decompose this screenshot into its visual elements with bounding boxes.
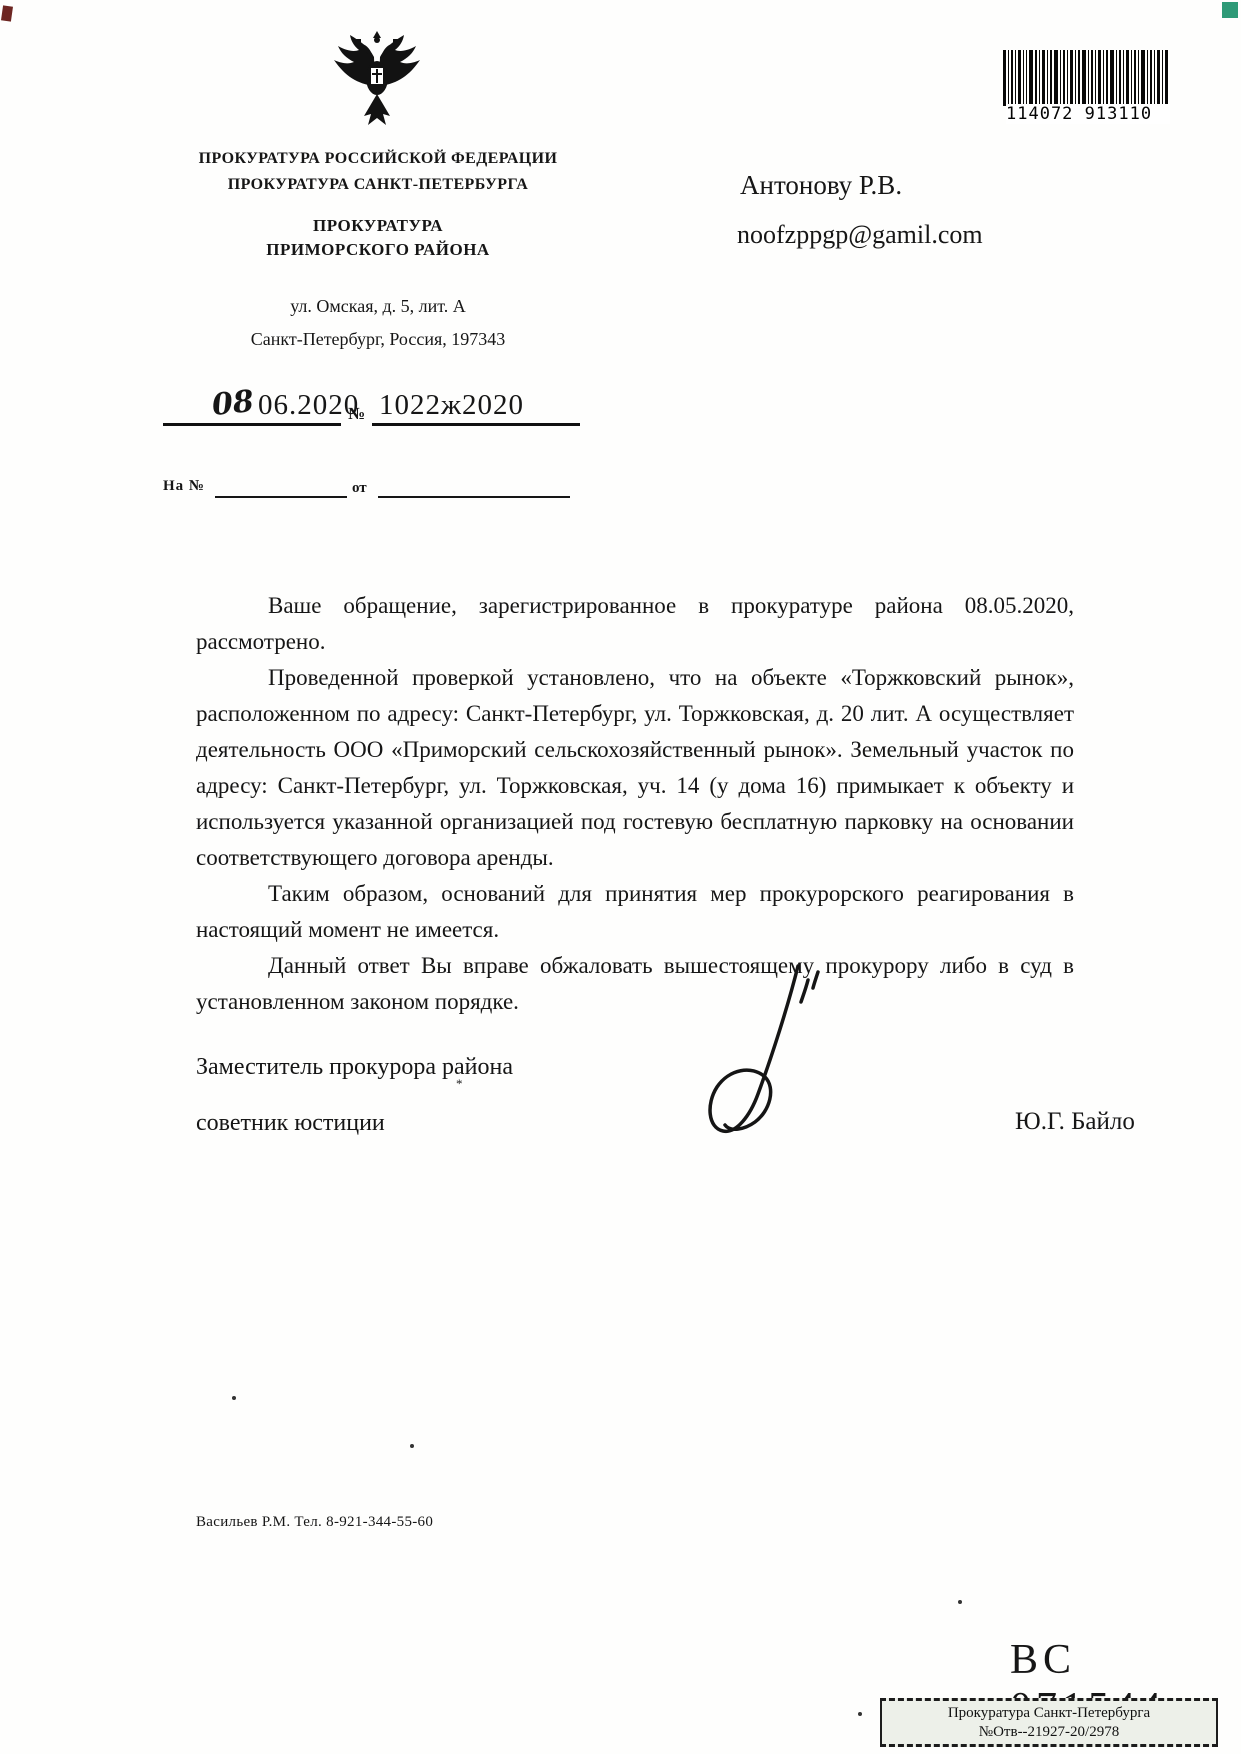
stamp-reference-number: №Отв--21927-20/2978 <box>882 1723 1216 1742</box>
recipient-email: noofzppgp@gamil.com <box>737 220 983 250</box>
registration-stamp: Прокуратура Санкт-Петербурга №Отв--21927… <box>880 1698 1218 1747</box>
document-date: 06.2020 <box>258 389 359 422</box>
paragraph-2: Проведенной проверкой установлено, что н… <box>196 660 1074 876</box>
letter-body: Ваше обращение, зарегистрированное в про… <box>196 588 1074 1020</box>
scan-speck <box>858 1712 862 1716</box>
reply-to-prefix: На № <box>163 478 205 495</box>
scanned-letter-page: * ПРОКУРАТУРА РОССИЙСКОЙ ФЕДЕРАЦИИ ПРОКУ… <box>0 0 1241 1754</box>
barcode-digits: 114072 913110 <box>1006 104 1170 124</box>
handwritten-day: 08 <box>210 384 255 423</box>
signer-position-line1: Заместитель прокурора района <box>196 1054 513 1081</box>
paragraph-3: Таким образом, оснований для принятия ме… <box>196 876 1074 948</box>
address-city: Санкт-Петербург, Россия, 197343 <box>143 323 613 356</box>
signer-name: Ю.Г. Байло <box>1015 1108 1135 1136</box>
scan-artifact-top-left <box>1 5 13 21</box>
scan-speck <box>410 1444 414 1448</box>
org-name-district-1: ПРОКУРАТУРА <box>143 214 613 238</box>
executor-contact: Васильев Р.М. Тел. 8-921-344-55-60 <box>196 1514 433 1531</box>
recipient-name: Антонову Р.В. <box>740 170 902 201</box>
scan-speck <box>958 1600 962 1604</box>
scan-speck <box>232 1396 236 1400</box>
reply-number-blank <box>215 496 347 498</box>
scan-artifact-top-right <box>1222 2 1238 18</box>
paragraph-1: Ваше обращение, зарегистрированное в про… <box>196 588 1074 660</box>
reply-from-label: от <box>352 480 367 497</box>
barcode-bars-icon <box>1002 50 1172 106</box>
barcode: 114072 913110 <box>1002 50 1172 128</box>
org-name-district-2: ПРИМОРСКОГО РАЙОНА <box>143 238 613 262</box>
org-name-federation: ПРОКУРАТУРА РОССИЙСКОЙ ФЕДЕРАЦИИ <box>143 146 613 172</box>
number-sign: № <box>348 404 365 424</box>
number-underline <box>372 423 580 426</box>
coat-of-arms-eagle-icon <box>327 30 427 140</box>
org-name-city: ПРОКУРАТУРА САНКТ-ПЕТЕРБУРГА <box>143 172 613 198</box>
signer-position-line2: советник юстиции <box>196 1110 385 1137</box>
reply-date-blank <box>378 496 570 498</box>
handwritten-signature-icon <box>680 958 840 1158</box>
paragraph-4: Данный ответ Вы вправе обжаловать вышест… <box>196 948 1074 1020</box>
stamp-org-name: Прокуратура Санкт-Петербурга <box>882 1704 1216 1723</box>
date-underline <box>163 423 341 426</box>
address-street: ул. Омская, д. 5, лит. А <box>143 290 613 323</box>
letterhead: ПРОКУРАТУРА РОССИЙСКОЙ ФЕДЕРАЦИИ ПРОКУРА… <box>143 146 613 262</box>
document-number: 1022ж2020 <box>379 389 524 422</box>
org-address: ул. Омская, д. 5, лит. А Санкт-Петербург… <box>143 290 613 356</box>
